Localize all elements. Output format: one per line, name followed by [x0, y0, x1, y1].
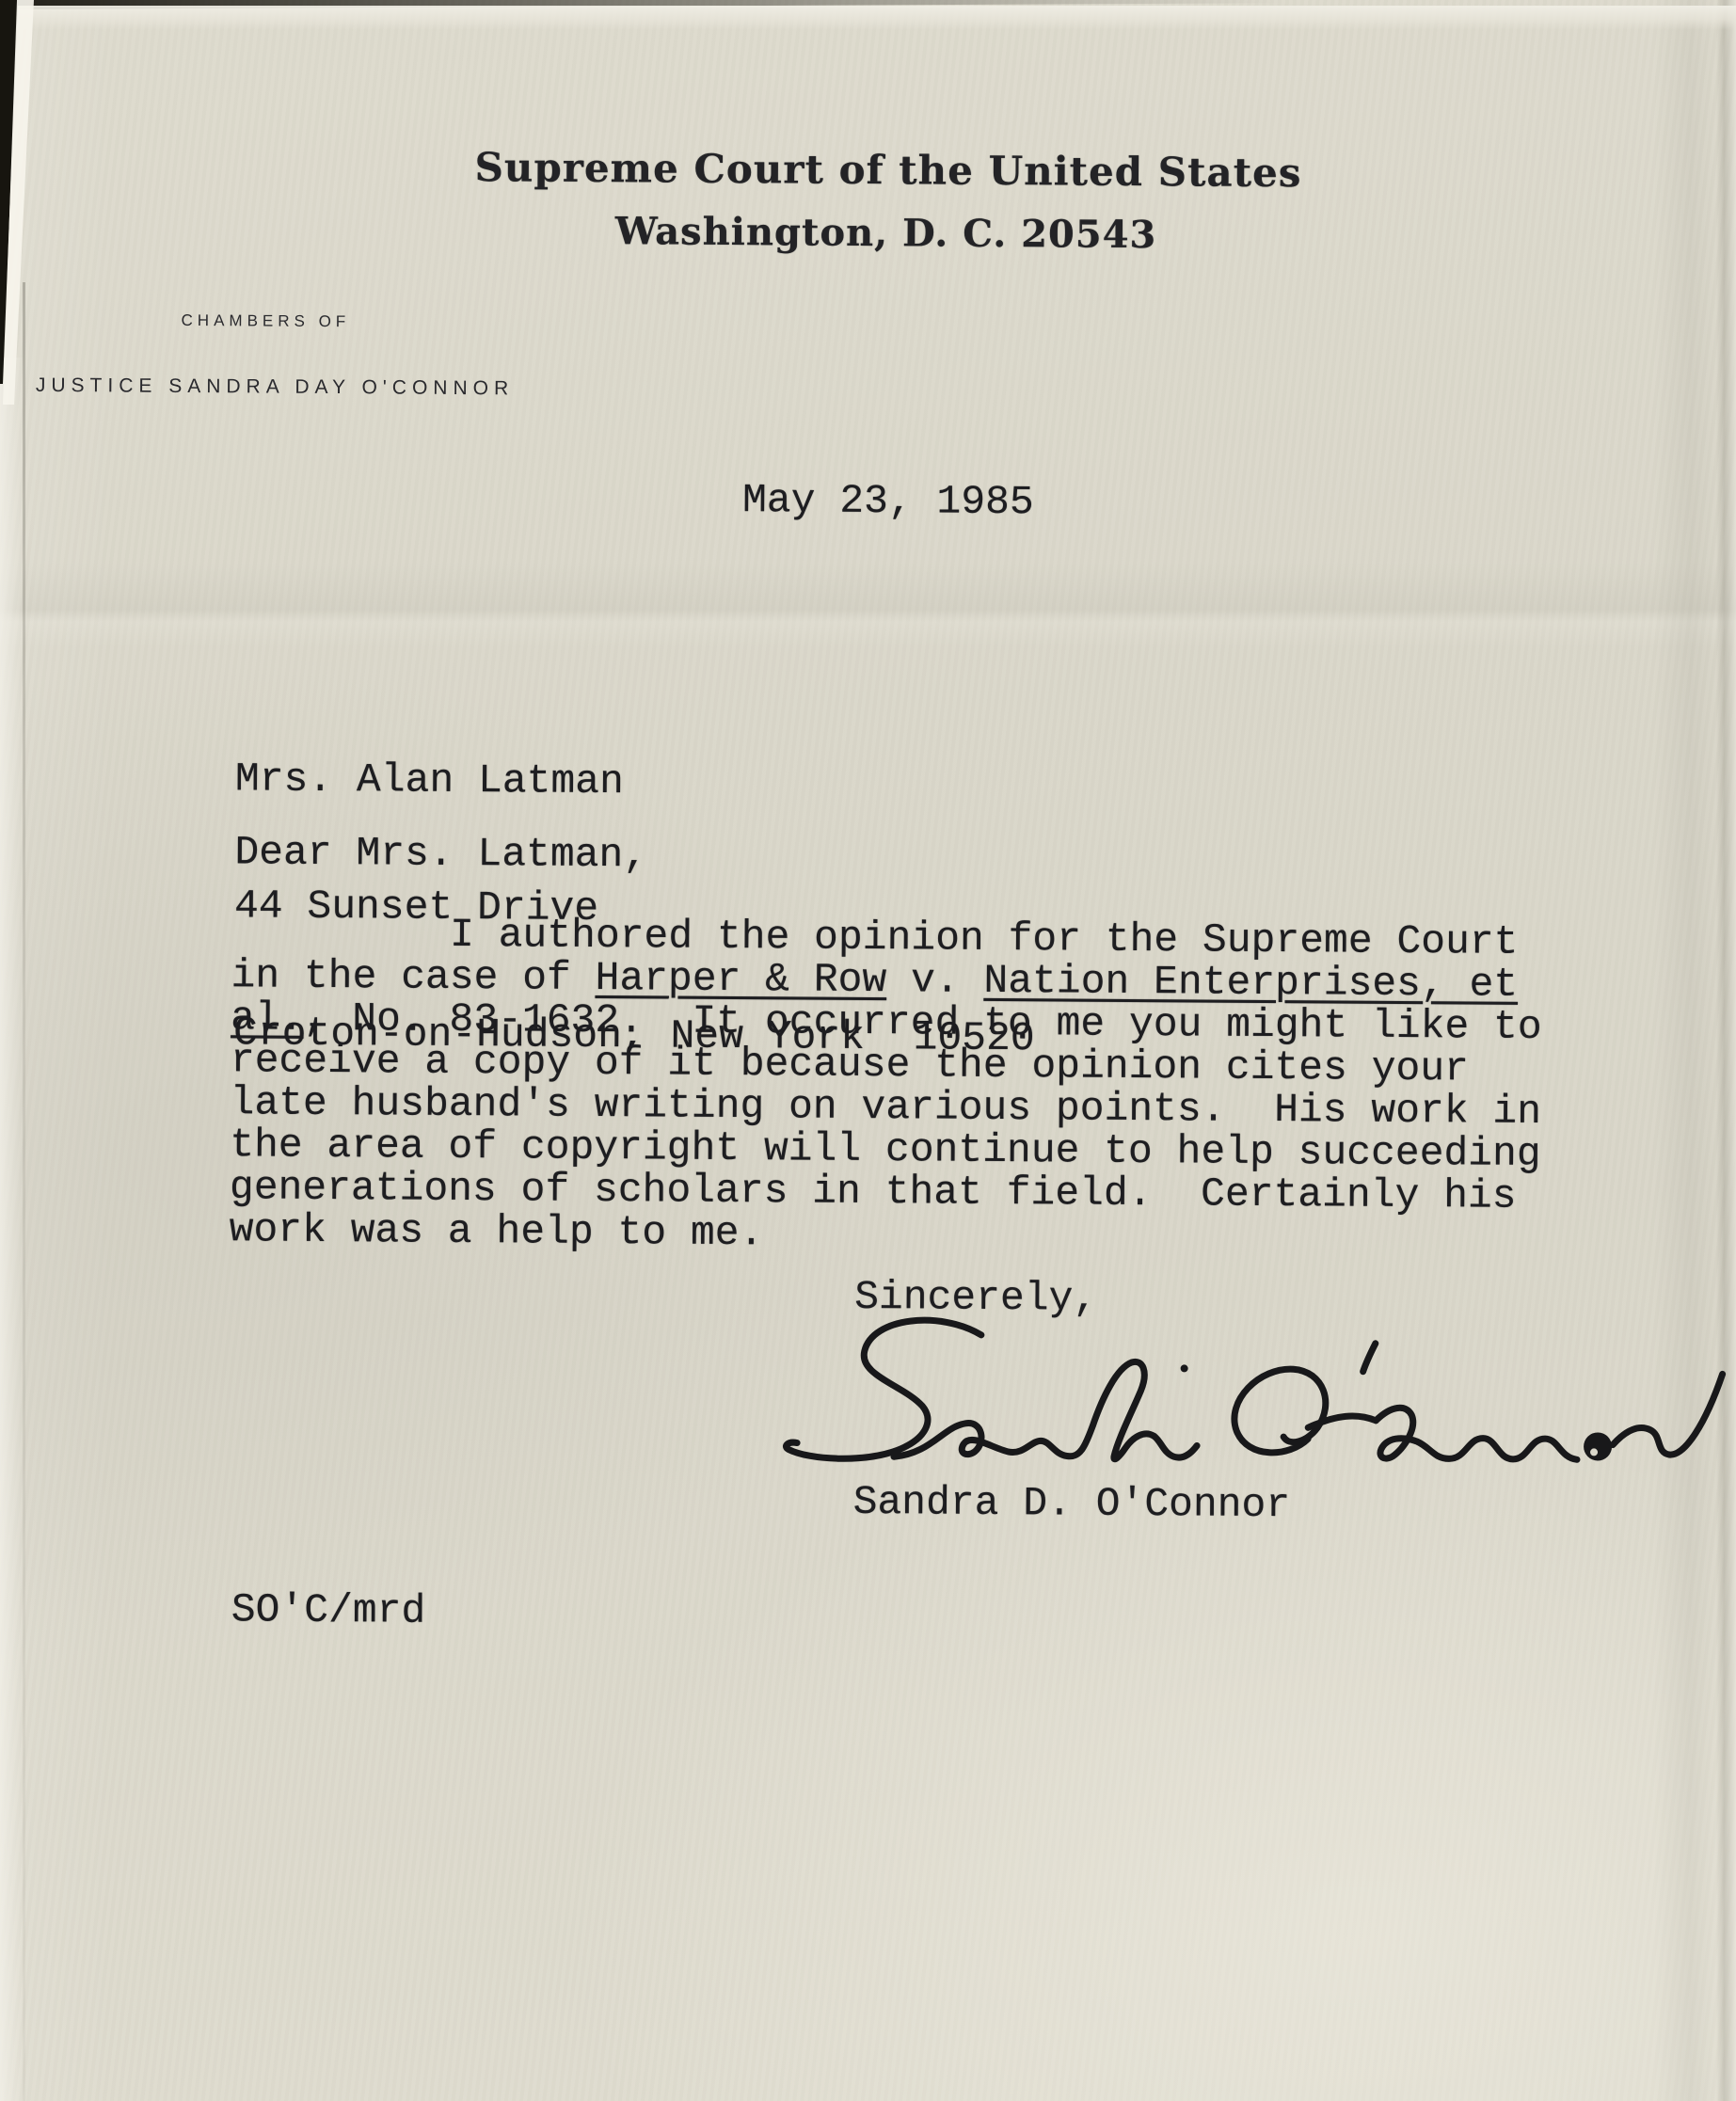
- letterhead-court-name: Supreme Court of the United States: [20, 141, 1736, 199]
- signature-autograph: [781, 1313, 1729, 1507]
- case-citation-underlined: al.: [231, 995, 304, 1042]
- case-citation-underlined: Harper & Row: [595, 955, 886, 1003]
- chambers-block: CHAMBERS OF JUSTICE SANDRA DAY O'CONNOR: [36, 277, 496, 434]
- letter-sheet: Supreme Court of the United States Washi…: [0, 0, 1736, 2101]
- chambers-of-label: CHAMBERS OF: [36, 310, 495, 332]
- recipient-name: Mrs. Alan Latman: [235, 757, 1037, 805]
- typed-signature-name: Sandra D. O'Connor: [852, 1481, 1290, 1526]
- signature-svg: [781, 1313, 1729, 1507]
- salutation: Dear Mrs. Latman,: [234, 831, 647, 876]
- body-paragraph: I authored the opinion for the Supreme C…: [229, 912, 1542, 1260]
- body-text: v.: [886, 957, 984, 1004]
- body-text: in the case of: [231, 952, 595, 1001]
- body-text: work was a help to me.: [229, 1206, 763, 1256]
- letterhead-city-line: Washington, D. C. 20543: [18, 205, 1736, 262]
- letter-scan: Supreme Court of the United States Washi…: [0, 0, 1736, 2101]
- justice-name-label: JUSTICE SANDRA DAY O'CONNOR: [36, 374, 495, 400]
- date-line: May 23, 1985: [742, 479, 1034, 523]
- reference-initials: SO'C/mrd: [231, 1588, 426, 1631]
